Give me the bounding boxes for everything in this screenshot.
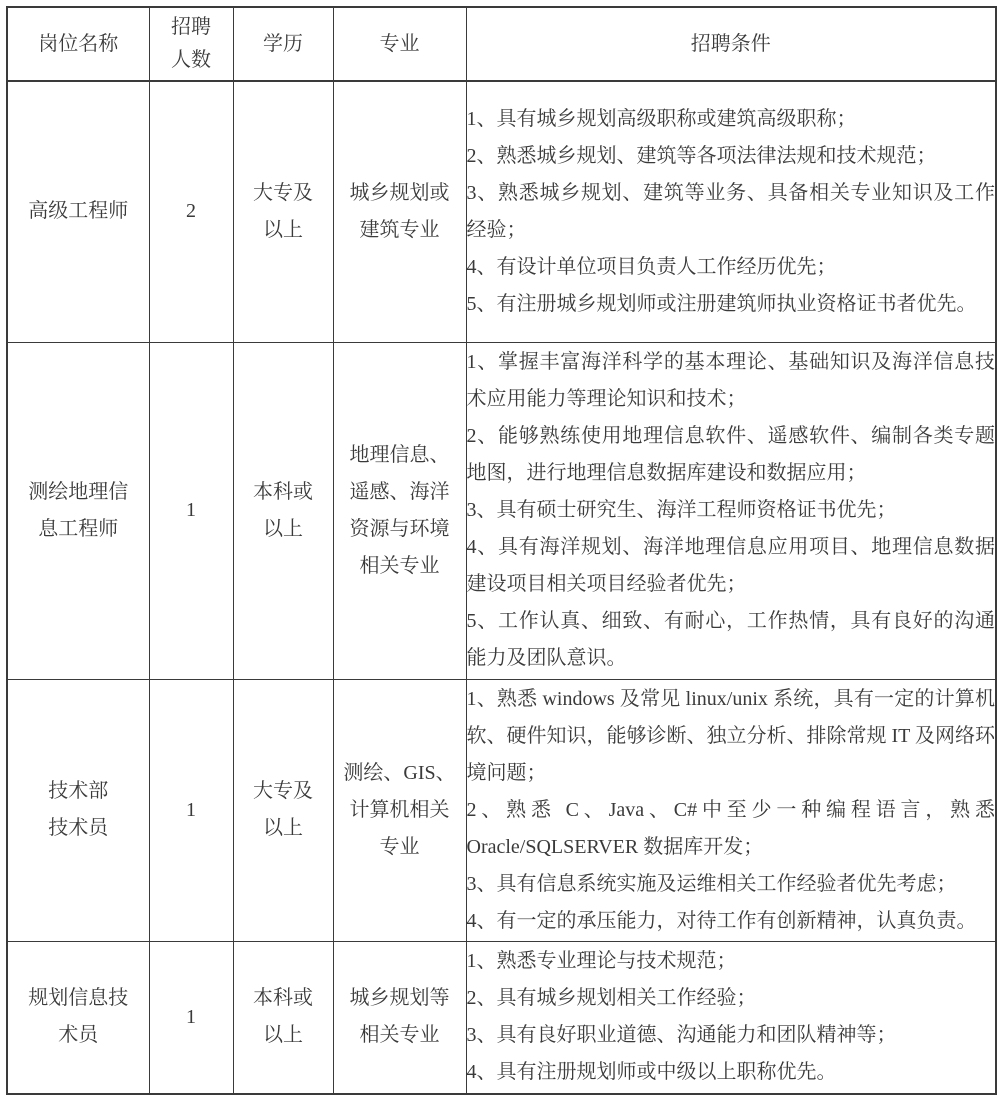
- cell-count: 2: [149, 81, 233, 342]
- position-line: 术员: [8, 1017, 149, 1054]
- condition-item: 2、具有城乡规划相关工作经验；: [467, 980, 996, 1017]
- condition-item: 1、熟悉 windows 及常见 linux/unix 系统，具有一定的计算机软…: [467, 681, 996, 792]
- position-line: 息工程师: [8, 511, 149, 548]
- condition-item: 1、掌握丰富海洋科学的基本理论、基础知识及海洋信息技术应用能力等理论知识和技术；: [467, 344, 996, 418]
- header-line: 招聘条件: [467, 28, 996, 61]
- header-line: 学历: [234, 28, 333, 61]
- condition-item: 5、有注册城乡规划师或注册建筑师执业资格证书者优先。: [467, 286, 996, 323]
- header-position: 岗位名称: [7, 7, 149, 81]
- condition-item: 4、具有注册规划师或中级以上职称优先。: [467, 1054, 996, 1091]
- education-line: 大专及: [234, 773, 333, 810]
- document-page: 岗位名称 招聘人数 学历 专业 招聘条件 高级工程师 2 大专及以上 城乡规划或…: [0, 0, 1000, 1103]
- cell-conditions: 1、具有城乡规划高级职称或建筑高级职称；2、熟悉城乡规划、建筑等各项法律法规和技…: [466, 81, 996, 342]
- table-row-tech-dept-technician: 技术部技术员 1 大专及以上 测绘、GIS、计算机相关专业 1、熟悉 windo…: [7, 679, 996, 941]
- condition-item: 2、能够熟练使用地理信息软件、遥感软件、编制各类专题地图，进行地理信息数据库建设…: [467, 418, 996, 492]
- cell-education: 大专及以上: [233, 679, 333, 941]
- cell-major: 地理信息、遥感、海洋资源与环境相关专业: [333, 342, 466, 679]
- major-line: 相关专业: [334, 548, 466, 585]
- cell-education: 本科或以上: [233, 941, 333, 1094]
- major-line: 城乡规划等: [334, 980, 466, 1017]
- condition-item: 5、工作认真、细致、有耐心，工作热情，具有良好的沟通能力及团队意识。: [467, 603, 996, 677]
- header-major: 专业: [333, 7, 466, 81]
- major-line: 资源与环境: [334, 511, 466, 548]
- cell-position: 规划信息技术员: [7, 941, 149, 1094]
- condition-item: 3、具有信息系统实施及运维相关工作经验者优先考虑；: [467, 866, 996, 903]
- cell-education: 大专及以上: [233, 81, 333, 342]
- count-value: 1: [186, 799, 196, 821]
- education-line: 以上: [234, 511, 333, 548]
- cell-education: 本科或以上: [233, 342, 333, 679]
- major-line: 城乡规划或: [334, 175, 466, 212]
- recruitment-table: 岗位名称 招聘人数 学历 专业 招聘条件 高级工程师 2 大专及以上 城乡规划或…: [6, 6, 997, 1095]
- major-line: 专业: [334, 829, 466, 866]
- condition-item: 3、具有良好职业道德、沟通能力和团队精神等；: [467, 1017, 996, 1054]
- condition-item: 1、具有城乡规划高级职称或建筑高级职称；: [467, 101, 996, 138]
- cell-major: 城乡规划或建筑专业: [333, 81, 466, 342]
- major-line: 计算机相关: [334, 792, 466, 829]
- header-line: 专业: [334, 28, 466, 61]
- education-line: 以上: [234, 1017, 333, 1054]
- cell-major: 测绘、GIS、计算机相关专业: [333, 679, 466, 941]
- education-line: 本科或: [234, 980, 333, 1017]
- cell-conditions: 1、掌握丰富海洋科学的基本理论、基础知识及海洋信息技术应用能力等理论知识和技术；…: [466, 342, 996, 679]
- position-line: 技术部: [8, 773, 149, 810]
- condition-item: 3、具有硕士研究生、海洋工程师资格证书优先；: [467, 492, 996, 529]
- table-row-senior-engineer: 高级工程师 2 大专及以上 城乡规划或建筑专业 1、具有城乡规划高级职称或建筑高…: [7, 81, 996, 342]
- cell-count: 1: [149, 679, 233, 941]
- condition-item: 4、有设计单位项目负责人工作经历优先；: [467, 249, 996, 286]
- education-line: 本科或: [234, 474, 333, 511]
- cell-conditions: 1、熟悉 windows 及常见 linux/unix 系统，具有一定的计算机软…: [466, 679, 996, 941]
- major-line: 遥感、海洋: [334, 474, 466, 511]
- major-line: 测绘、GIS、: [334, 755, 466, 792]
- header-line: 岗位名称: [8, 28, 149, 61]
- header-education: 学历: [233, 7, 333, 81]
- table-row-surveying-gis-engineer: 测绘地理信息工程师 1 本科或以上 地理信息、遥感、海洋资源与环境相关专业 1、…: [7, 342, 996, 679]
- condition-item: 2、熟悉 C、Java、C#中至少一种编程语言，熟悉 Oracle/SQLSER…: [467, 792, 996, 866]
- count-value: 2: [186, 200, 196, 222]
- major-line: 建筑专业: [334, 212, 466, 249]
- position-line: 技术员: [8, 810, 149, 847]
- table-row-planning-info-technician: 规划信息技术员 1 本科或以上 城乡规划等相关专业 1、熟悉专业理论与技术规范；…: [7, 941, 996, 1094]
- condition-item: 1、熟悉专业理论与技术规范；: [467, 943, 996, 980]
- header-conditions: 招聘条件: [466, 7, 996, 81]
- education-line: 大专及: [234, 175, 333, 212]
- header-count: 招聘人数: [149, 7, 233, 81]
- cell-conditions: 1、熟悉专业理论与技术规范；2、具有城乡规划相关工作经验；3、具有良好职业道德、…: [466, 941, 996, 1094]
- education-line: 以上: [234, 810, 333, 847]
- position-line: 规划信息技: [8, 980, 149, 1017]
- condition-item: 4、具有海洋规划、海洋地理信息应用项目、地理信息数据建设项目相关项目经验者优先；: [467, 529, 996, 603]
- cell-count: 1: [149, 342, 233, 679]
- major-line: 相关专业: [334, 1017, 466, 1054]
- education-line: 以上: [234, 212, 333, 249]
- major-line: 地理信息、: [334, 437, 466, 474]
- condition-item: 2、熟悉城乡规划、建筑等各项法律法规和技术规范；: [467, 138, 996, 175]
- cell-count: 1: [149, 941, 233, 1094]
- header-line: 人数: [150, 44, 233, 77]
- position-line: 测绘地理信: [8, 474, 149, 511]
- condition-item: 4、有一定的承压能力，对待工作有创新精神，认真负责。: [467, 903, 996, 940]
- cell-position: 技术部技术员: [7, 679, 149, 941]
- count-value: 1: [186, 499, 196, 521]
- count-value: 1: [186, 1006, 196, 1028]
- cell-position: 测绘地理信息工程师: [7, 342, 149, 679]
- position-line: 高级工程师: [8, 193, 149, 230]
- cell-position: 高级工程师: [7, 81, 149, 342]
- cell-major: 城乡规划等相关专业: [333, 941, 466, 1094]
- table-header-row: 岗位名称 招聘人数 学历 专业 招聘条件: [7, 7, 996, 81]
- condition-item: 3、熟悉城乡规划、建筑等业务、具备相关专业知识及工作经验；: [467, 175, 996, 249]
- header-line: 招聘: [150, 11, 233, 44]
